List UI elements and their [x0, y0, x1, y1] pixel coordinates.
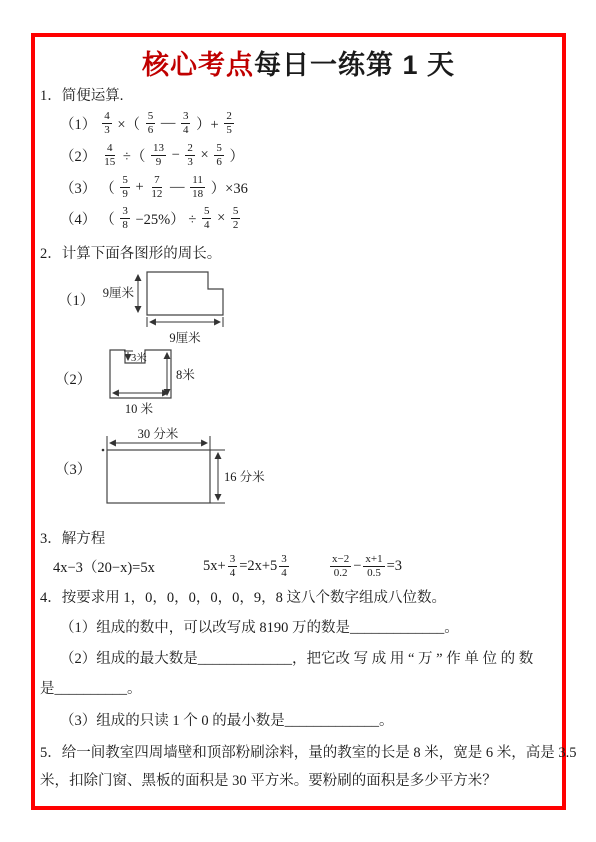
- fraction-numerator: 13: [151, 142, 166, 156]
- figure2-notch-dim-label: 3米: [131, 351, 147, 364]
- problem-1-item-3: （3） （ 59 + 712 — 1118 ）×36: [60, 172, 248, 203]
- expr-text: 4x−3（20−x)=5x: [53, 556, 155, 577]
- fraction-numerator: x−2: [330, 553, 351, 567]
- fraction: 712: [149, 174, 164, 200]
- fraction-numerator: 3: [181, 110, 191, 124]
- fraction-denominator: 6: [214, 156, 224, 169]
- equation-1: 4x−3（20−x)=5x: [53, 549, 155, 583]
- fraction: 56: [214, 142, 224, 168]
- fraction-denominator: 0.5: [365, 567, 383, 580]
- math-expression: （ 59 + 712 — 1118 ）×36: [100, 174, 248, 200]
- expr-text: ×（: [114, 113, 144, 134]
- item-label: （2）: [60, 145, 96, 166]
- fraction: 415: [102, 142, 117, 168]
- title-rest: 每日一练第 1 天: [254, 50, 455, 80]
- fraction-numerator: 3: [120, 205, 130, 219]
- fraction-denominator: 9: [154, 156, 164, 169]
- item-label: （3）: [60, 177, 96, 198]
- figure1-shape-outline: [147, 272, 223, 315]
- problem-3-header: 3．解方程: [40, 527, 105, 548]
- figure-2-diagram: 3米 8米 10 米: [98, 346, 212, 418]
- problem-4-q3: （3）组成的只读 1 个 0 的最小数是_____________。: [60, 709, 394, 730]
- problem-4-q1: （1）组成的数中，可以改写成 8190 万的数是_____________。: [60, 616, 459, 637]
- worksheet-page: 核心考点每日一练第 1 天 1．简便运算. （1） 43 ×（ 56 — 34 …: [31, 33, 566, 810]
- fraction-numerator: 2: [185, 142, 195, 156]
- figure-3-label: （3）: [55, 458, 91, 479]
- fraction-denominator: 9: [120, 188, 130, 201]
- problem-1-header: 1．简便运算.: [40, 84, 123, 105]
- fraction: 38: [120, 205, 130, 231]
- expr-text: 5x+: [203, 558, 226, 575]
- problem-1-item-1: （1） 43 ×（ 56 — 34 ）+ 25: [60, 108, 236, 139]
- fraction-numerator: 4: [102, 110, 112, 124]
- expr-text: ）+: [192, 113, 222, 134]
- fraction-denominator: 5: [224, 124, 234, 137]
- problem-4-header: 4．按要求用 1，0，0，0，0，0，9，8 这八个数字组成八位数。: [40, 586, 446, 607]
- expr-text: ÷（: [119, 145, 149, 166]
- expr-text: =3: [387, 558, 402, 575]
- fraction-denominator: 4: [181, 124, 191, 137]
- fraction-numerator: 5: [146, 110, 156, 124]
- problem-1-item-4: （4） （ 38 −25%） ÷ 54 × 52: [60, 203, 242, 234]
- fraction: x−20.2: [330, 553, 351, 579]
- expr-text: —: [157, 115, 179, 132]
- expr-text: （: [100, 208, 118, 229]
- fraction-numerator: 5: [202, 205, 212, 219]
- fraction-numerator: 5: [120, 174, 130, 188]
- fraction-numerator: 3: [228, 553, 238, 567]
- figure2-right-dim-label: 8米: [176, 367, 195, 382]
- expr-text: ）×36: [207, 177, 248, 198]
- fraction: 25: [224, 110, 234, 136]
- item-label: （4）: [60, 208, 96, 229]
- expr-text: —: [166, 179, 188, 196]
- expr-text: ）: [226, 145, 244, 166]
- fraction-denominator: 4: [228, 567, 238, 580]
- fraction-denominator: 4: [202, 219, 212, 232]
- fraction: 1118: [190, 174, 205, 200]
- fraction-denominator: 8: [120, 219, 130, 232]
- fraction: 54: [202, 205, 212, 231]
- fraction: 43: [102, 110, 112, 136]
- fraction: x+10.5: [363, 553, 384, 579]
- figure1-left-dim-label: 9厘米: [103, 285, 135, 300]
- fraction-denominator: 3: [102, 124, 112, 137]
- fraction: 56: [146, 110, 156, 136]
- expr-text: −: [168, 147, 183, 164]
- expr-text: ×: [213, 210, 228, 227]
- fraction-denominator: 12: [149, 188, 164, 201]
- expr-text: +: [132, 179, 147, 196]
- fraction: 52: [231, 205, 241, 231]
- fraction-numerator: 2: [224, 110, 234, 124]
- figure-3-diagram: 30 分米 16 分米: [100, 426, 270, 514]
- page-title: 核心考点每日一练第 1 天: [35, 43, 562, 82]
- math-expression: 415 ÷（ 139 − 23 × 56 ）: [100, 142, 244, 168]
- title-highlight: 核心考点: [142, 50, 254, 80]
- fraction-denominator: 15: [102, 156, 117, 169]
- item-label: （1）: [60, 113, 96, 134]
- figure3-right-dim-label: 16 分米: [224, 469, 265, 484]
- fraction: 23: [185, 142, 195, 168]
- fraction-denominator: 18: [190, 188, 205, 201]
- problem-1-item-2: （2） 415 ÷（ 139 − 23 × 56 ）: [60, 140, 244, 171]
- fraction-numerator: 7: [152, 174, 162, 188]
- stray-dot: [102, 449, 105, 452]
- expr-text: −: [353, 558, 361, 575]
- fraction-denominator: 0.2: [332, 567, 350, 580]
- fraction-numerator: 5: [214, 142, 224, 156]
- problem-5-line2: 米，扣除门窗、黑板的面积是 30 平方米。要粉刷的面积是多少平方米？: [40, 769, 497, 790]
- figure1-bottom-dim-label: 9厘米: [169, 330, 201, 345]
- fraction: 34: [181, 110, 191, 136]
- fraction: 34: [228, 553, 238, 579]
- figure3-top-dim-label: 30 分米: [138, 426, 179, 441]
- fraction-denominator: 4: [279, 567, 289, 580]
- expr-text: ×: [197, 147, 212, 164]
- fraction-denominator: 3: [185, 156, 195, 169]
- figure2-bottom-dim-label: 10 米: [125, 401, 154, 416]
- figure-1-label: （1）: [58, 289, 94, 310]
- fraction-numerator: x+1: [363, 553, 384, 567]
- figure-1-diagram: 9厘米 9厘米: [90, 266, 240, 348]
- fraction-denominator: 2: [231, 219, 241, 232]
- fraction-numerator: 5: [231, 205, 241, 219]
- math-expression: （ 38 −25%） ÷ 54 × 52: [100, 205, 242, 231]
- fraction-denominator: 6: [146, 124, 156, 137]
- problem-4-q2-line1: （2）组成的最大数是_____________，把它改 写 成 用 “ 万 ” …: [60, 647, 533, 668]
- fraction-numerator: 4: [105, 142, 115, 156]
- fraction: 59: [120, 174, 130, 200]
- equation-2: 5x+34=2x+534: [203, 549, 291, 583]
- problem-4-q2-line2: 是__________。: [40, 677, 142, 698]
- problem-5-line1: 5．给一间教室四周墙壁和顶部粉刷涂料，量的教室的长是 8 米，宽是 6 米，高是…: [40, 741, 577, 762]
- figure3-shape-outline: [107, 450, 210, 503]
- fraction-numerator: 11: [190, 174, 205, 188]
- equation-3: x−20.2−x+10.5=3: [328, 549, 402, 583]
- expr-text: （: [100, 177, 118, 198]
- expr-text: =2x+5: [239, 558, 277, 575]
- problem-2-header: 2．计算下面各图形的周长。: [40, 242, 221, 263]
- fraction-numerator: 3: [279, 553, 289, 567]
- fraction: 139: [151, 142, 166, 168]
- math-expression: 43 ×（ 56 — 34 ）+ 25: [100, 110, 236, 136]
- figure-2-label: （2）: [55, 368, 91, 389]
- expr-text: −25%） ÷: [132, 208, 200, 229]
- fraction: 34: [279, 553, 289, 579]
